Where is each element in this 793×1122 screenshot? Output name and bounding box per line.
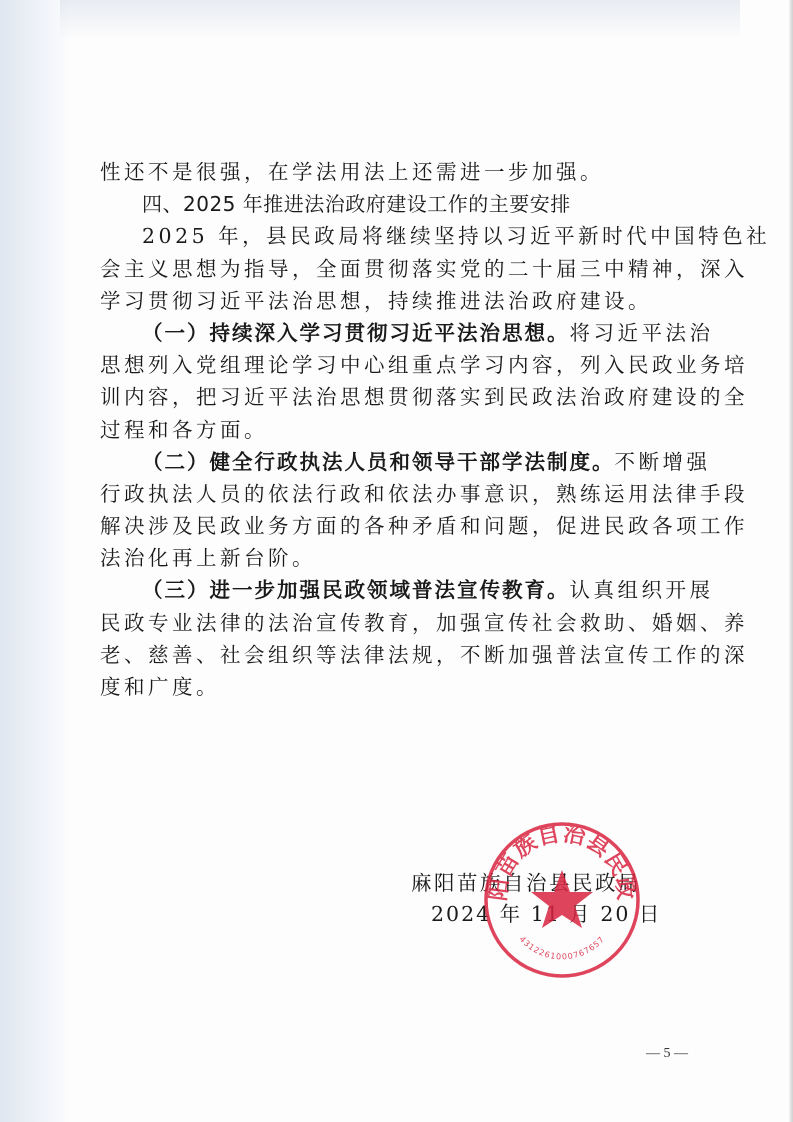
seal-star-icon — [531, 870, 593, 928]
paragraph-line: 训内容，把习近平法治思想贯彻落实到民政法治政府建设的全 — [100, 381, 690, 413]
section-heading: 四、2025 年推进法治政府建设工作的主要安排 — [100, 188, 690, 220]
subsection-3-title: （三）进一步加强民政领域普法宣传教育。 — [142, 578, 570, 602]
paragraph-line: 法治化再上新台阶。 — [100, 542, 690, 574]
subsection-1-text: 将习近平法治 — [570, 321, 714, 345]
subsection-2-text: 不断增强 — [615, 450, 711, 474]
scan-top-band — [60, 0, 740, 40]
scan-edge-left — [0, 0, 70, 1122]
paragraph-line: 2025 年，县民政局将继续坚持以习近平新时代中国特色社 — [100, 220, 690, 252]
page-number: — 5 — — [646, 1046, 688, 1062]
subsection-3-text: 认真组织开展 — [570, 578, 714, 602]
subsection-3-first-line: （三）进一步加强民政领域普法宣传教育。认真组织开展 — [100, 574, 690, 606]
seal-code: 4312261000767657 — [518, 935, 607, 962]
subsection-2-first-line: （二）健全行政执法人员和领导干部学法制度。不断增强 — [100, 446, 690, 478]
paragraph-line: 行政执法人员的依法行政和依法办事意识，熟练运用法律手段 — [100, 478, 690, 510]
scan-edge-right — [789, 0, 793, 1122]
subsection-1-first-line: （一）持续深入学习贯彻习近平法治思想。将习近平法治 — [100, 317, 690, 349]
document-body: 性还不是很强，在学法用法上还需进一步加强。 四、2025 年推进法治政府建设工作… — [100, 156, 690, 703]
paragraph-line: 会主义思想为指导，全面贯彻落实党的二十届三中精神，深入 — [100, 253, 690, 285]
svg-text:4312261000767657: 4312261000767657 — [518, 935, 607, 962]
official-seal-icon: 麻阳苗族自治县民政局 4312261000767657 — [482, 820, 642, 980]
paragraph-line: 性还不是很强，在学法用法上还需进一步加强。 — [100, 156, 690, 188]
paragraph-line: 思想列入党组理论学习中心组重点学习内容，列入民政业务培 — [100, 349, 690, 381]
paragraph-line: 解决涉及民政业务方面的各种矛盾和问题，促进民政各项工作 — [100, 510, 690, 542]
paragraph-line: 度和广度。 — [100, 671, 690, 703]
paragraph-line: 民政专业法律的法治宣传教育，加强宣传社会救助、婚姻、养 — [100, 607, 690, 639]
paragraph-line: 学习贯彻习近平法治思想，持续推进法治政府建设。 — [100, 285, 690, 317]
subsection-2-title: （二）健全行政执法人员和领导干部学法制度。 — [142, 450, 615, 474]
paragraph-line: 过程和各方面。 — [100, 414, 690, 446]
subsection-1-title: （一）持续深入学习贯彻习近平法治思想。 — [142, 321, 570, 345]
paragraph-line: 老、慈善、社会组织等法律法规，不断加强普法宣传工作的深 — [100, 639, 690, 671]
